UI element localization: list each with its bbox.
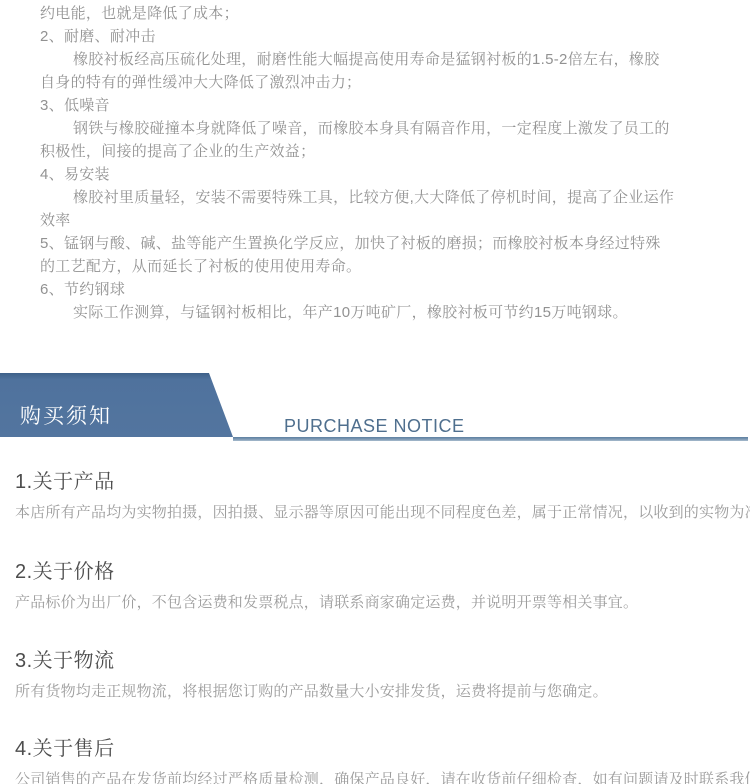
purchase-notice-banner: 购买须知 xyxy=(0,373,233,437)
section-heading: 4.关于售后 xyxy=(15,737,735,761)
section-heading: 3.关于物流 xyxy=(15,649,735,673)
advantage-line: 2、耐磨、耐冲击 xyxy=(40,25,718,48)
advantage-line: 效率 xyxy=(40,209,718,232)
section-body: 产品标价为出厂价，不包含运费和发票税点，请联系商家确定运费，并说明开票等相关事宜… xyxy=(15,593,735,613)
section-about-aftersale: 4.关于售后 公司销售的产品在发货前均经过严格质量检测，确保产品良好，请在收货前… xyxy=(15,737,735,784)
advantage-line: 5、锰钢与酸、碱、盐等能产生置换化学反应，加快了衬板的磨损；而橡胶衬板本身经过特… xyxy=(40,232,718,255)
advantage-line: 的工艺配方，从而延长了衬板的使用使用寿命。 xyxy=(40,255,718,278)
section-heading: 1.关于产品 xyxy=(15,470,735,494)
section-body: 本店所有产品均为实物拍摄，因拍摄、显示器等原因可能出现不同程度色差，属于正常情况… xyxy=(15,503,735,523)
section-about-price: 2.关于价格 产品标价为出厂价，不包含运费和发票税点，请联系商家确定运费，并说明… xyxy=(15,560,735,613)
product-description-page: 约电能，也就是降低了成本； 2、耐磨、耐冲击 橡胶衬板经高压硫化处理，耐磨性能大… xyxy=(0,0,750,784)
advantage-line: 钢铁与橡胶碰撞本身就降低了噪音，而橡胶本身具有隔音作用，一定程度上激发了员工的 xyxy=(40,117,718,140)
advantage-line: 积极性，间接的提高了企业的生产效益； xyxy=(40,140,718,163)
banner-underline xyxy=(233,437,748,441)
advantage-line: 实际工作测算，与锰钢衬板相比，年产10万吨矿厂，橡胶衬板可节约15万吨钢球。 xyxy=(40,301,718,324)
advantage-line: 橡胶衬板经高压硫化处理，耐磨性能大幅提高使用寿命是猛钢衬板的1.5-2倍左右，橡… xyxy=(40,48,718,71)
banner-title-en: PURCHASE NOTICE xyxy=(284,417,465,435)
banner-title-cn: 购买须知 xyxy=(0,406,112,437)
section-heading: 2.关于价格 xyxy=(15,560,735,584)
advantage-line: 4、易安装 xyxy=(40,163,718,186)
advantage-line: 3、低噪音 xyxy=(40,94,718,117)
section-about-logistics: 3.关于物流 所有货物均走正规物流，将根据您订购的产品数量大小安排发货，运费将提… xyxy=(15,649,735,702)
section-body: 公司销售的产品在发货前均经过严格质量检测，确保产品良好，请在收货前仔细检查，如有… xyxy=(15,770,735,784)
advantage-line: 橡胶衬里质量轻，安装不需要特殊工具，比较方便,大大降低了停机时间，提高了企业运作 xyxy=(40,186,718,209)
section-about-product: 1.关于产品 本店所有产品均为实物拍摄，因拍摄、显示器等原因可能出现不同程度色差… xyxy=(15,470,735,523)
advantage-line: 自身的特有的弹性缓冲大大降低了激烈冲击力； xyxy=(40,71,718,94)
advantage-line: 约电能，也就是降低了成本； xyxy=(40,2,718,25)
advantage-line: 6、节约钢球 xyxy=(40,278,718,301)
section-body: 所有货物均走正规物流，将根据您订购的产品数量大小安排发货，运费将提前与您确定。 xyxy=(15,682,735,702)
product-advantages-text: 约电能，也就是降低了成本； 2、耐磨、耐冲击 橡胶衬板经高压硫化处理，耐磨性能大… xyxy=(40,2,718,324)
